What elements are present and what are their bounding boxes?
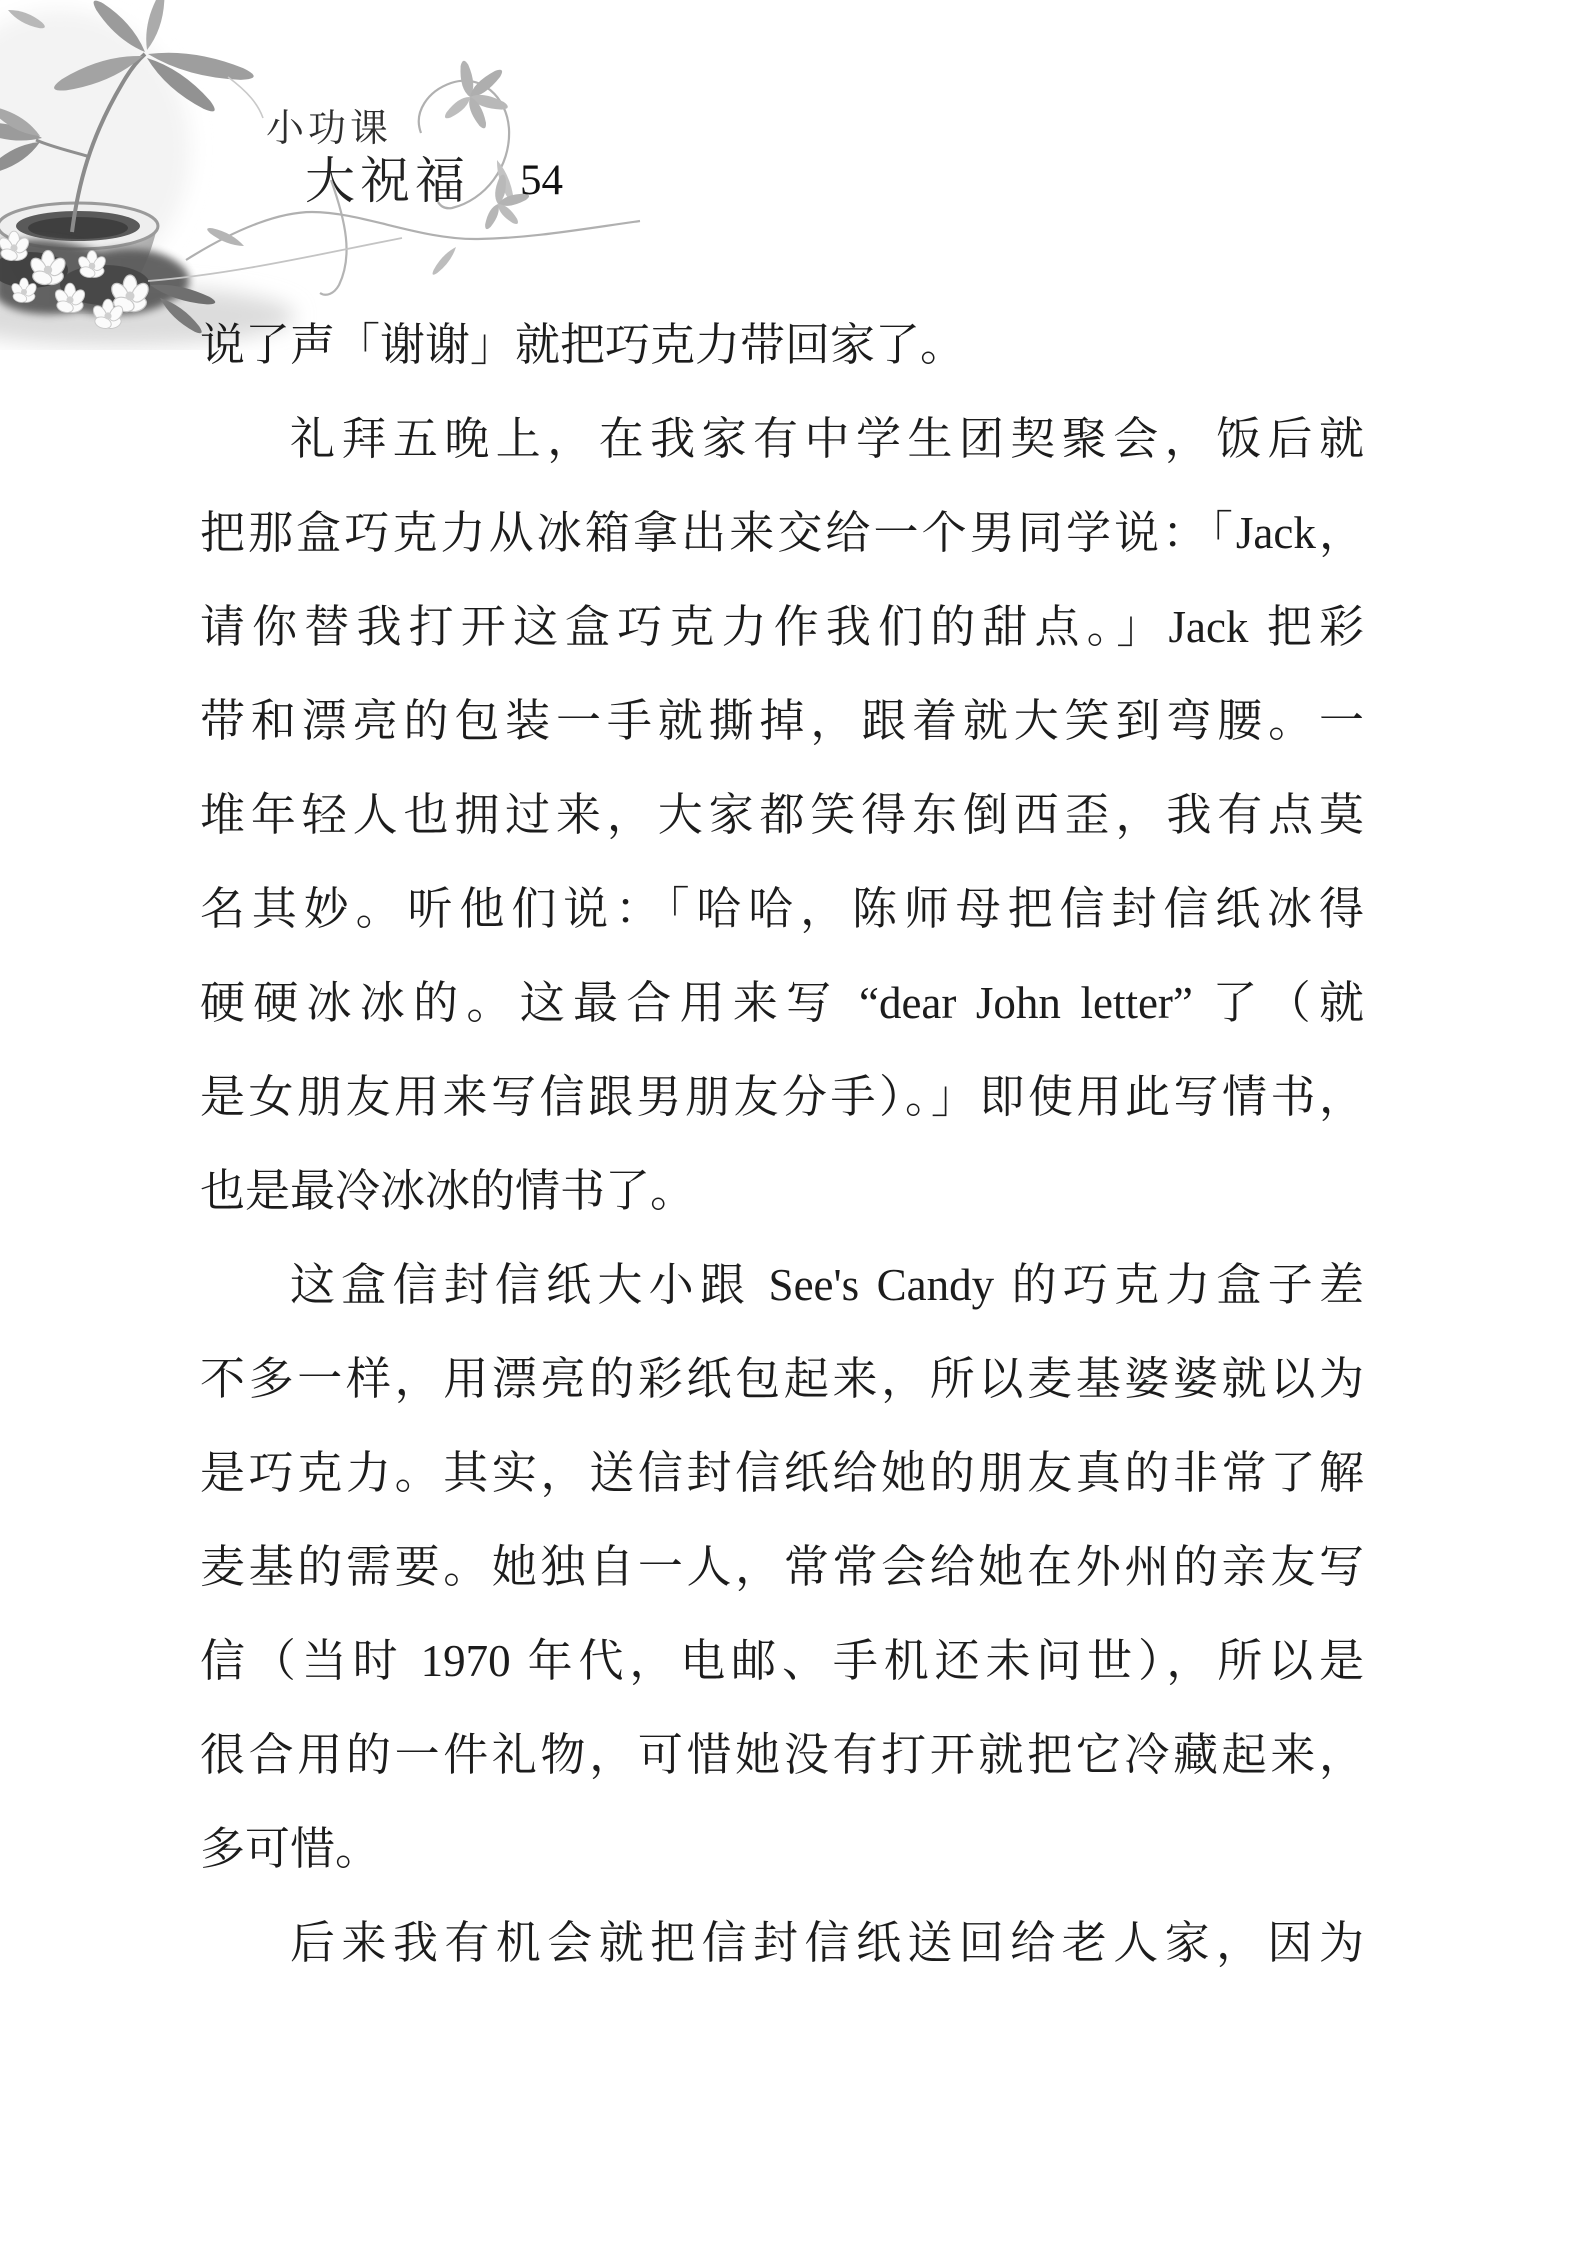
text-line: 是女朋友用来写信跟男朋友分手）。」即使用此写情书， [200,1050,1364,1144]
text-line: 说了声「谢谢」就把巧克力带回家了。 [200,298,1364,392]
text-line: 名其妙。听他们说：「哈哈，陈师母把信封信纸冰得 [200,862,1364,956]
page-number: 54 [520,156,563,205]
text-line: 这盒信封信纸大小跟 See's Candy 的巧克力盒子差 [200,1238,1364,1332]
text-line: 请你替我打开这盒巧克力作我们的甜点。」Jack 把彩 [200,580,1364,674]
text-line: 硬硬冰冰的。这最合用来写 “dear John letter” 了（就 [200,956,1364,1050]
text-line: 信（当时 1970 年代，电邮、手机还未问世），所以是 [200,1614,1364,1708]
text-line: 不多一样，用漂亮的彩纸包起来，所以麦基婆婆就以为 [200,1332,1364,1426]
text-line: 也是最冷冰冰的情书了。 [200,1144,1364,1238]
text-line: 带和漂亮的包装一手就撕掉，跟着就大笑到弯腰。一 [200,674,1364,768]
text-line: 麦基的需要。她独自一人，常常会给她在外州的亲友写 [200,1520,1364,1614]
book-page: 小功课 大祝福 54 说了声「谢谢」就把巧克力带回家了。 礼拜五晚上，在我家有中… [0,0,1571,2256]
text-line: 多可惜。 [200,1802,1364,1896]
text-line: 是巧克力。其实，送信封信纸给她的朋友真的非常了解 [200,1426,1364,1520]
text-line: 堆年轻人也拥过来，大家都笑得东倒西歪，我有点莫 [200,768,1364,862]
text-line: 礼拜五晚上，在我家有中学生团契聚会，饭后就 [200,392,1364,486]
text-line: 后来我有机会就把信封信纸送回给老人家，因为 [200,1896,1364,1990]
text-line: 很合用的一件礼物，可惜她没有打开就把它冷藏起来， [200,1708,1364,1802]
body-text: 说了声「谢谢」就把巧克力带回家了。 礼拜五晚上，在我家有中学生团契聚会，饭后就 … [200,298,1364,1990]
book-title: 大祝福 [305,141,470,213]
text-line: 把那盒巧克力从冰箱拿出来交给一个男同学说：「Jack， [200,486,1364,580]
